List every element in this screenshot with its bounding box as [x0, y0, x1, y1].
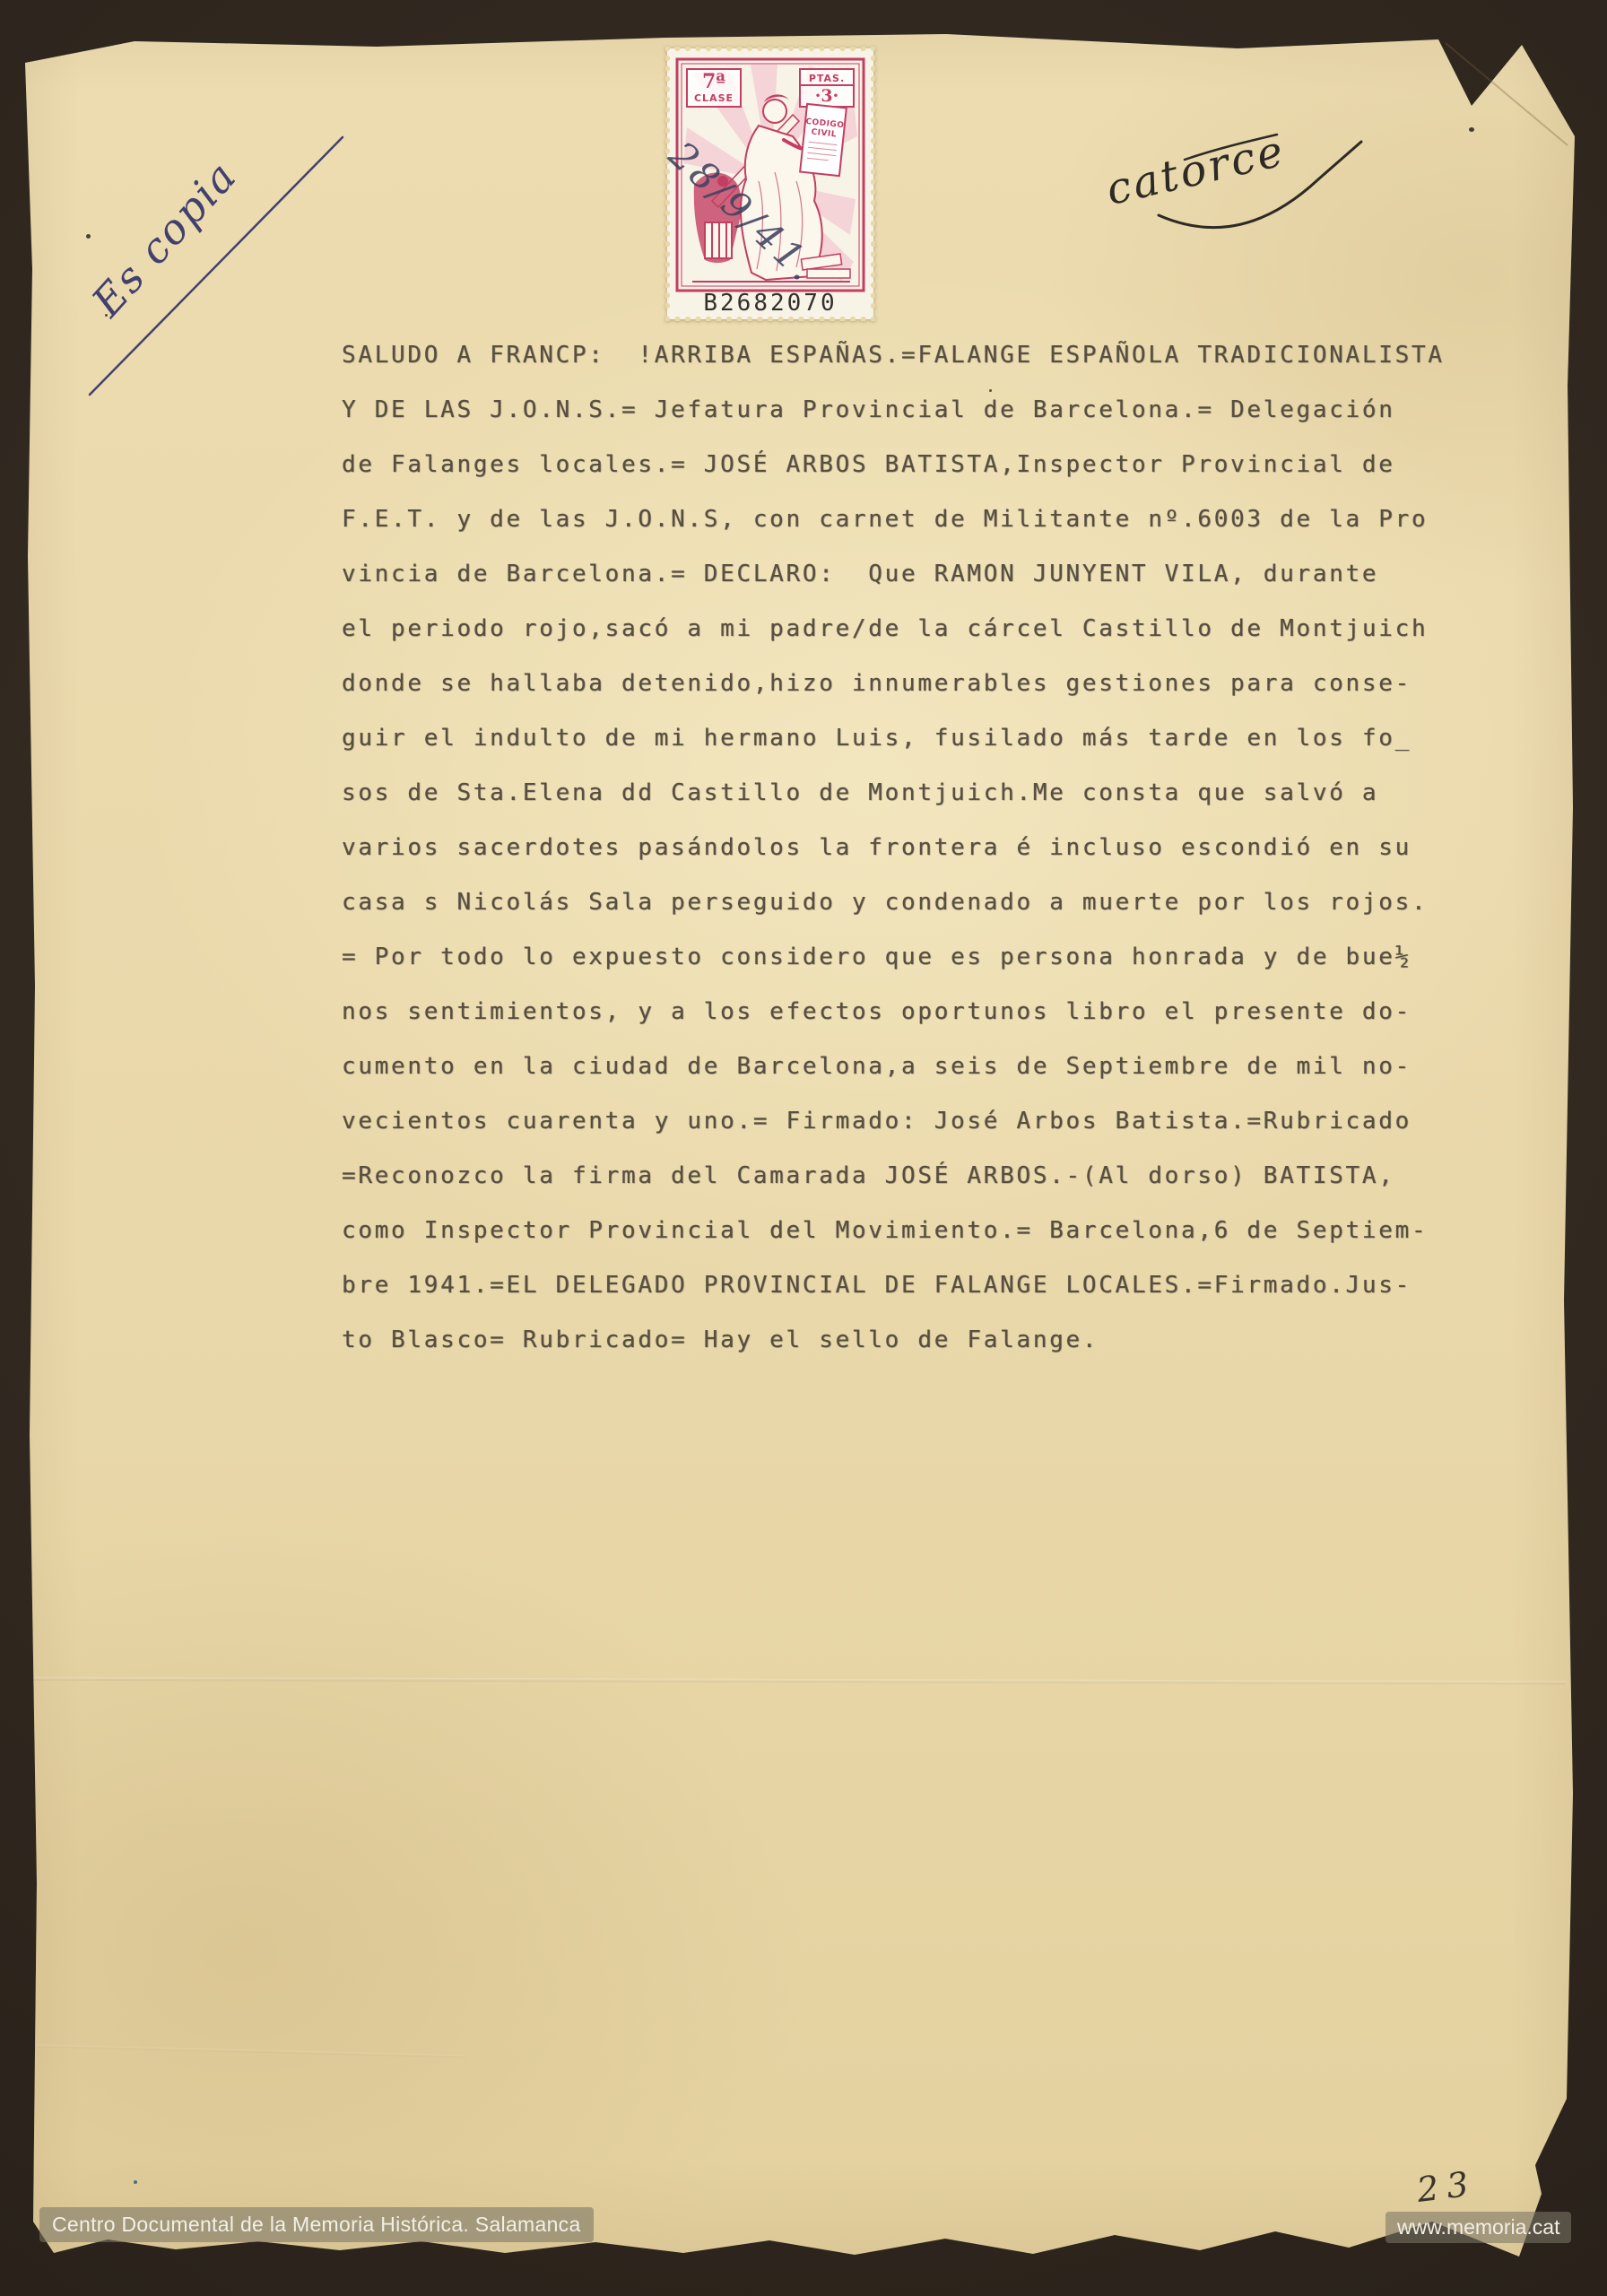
typed-body: SALUDO A FRANCP: !ARRIBA ESPAÑAS.=FALANG…: [342, 328, 1472, 1368]
archive-watermark: Centro Documental de la Memoria Históric…: [39, 2207, 594, 2242]
typed-line: como Inspector Provincial del Movimiento…: [342, 1204, 1472, 1258]
typed-line: cumento en la ciudad de Barcelona,a seis…: [342, 1039, 1472, 1094]
typed-line: = Por todo lo expuesto considero que es …: [342, 930, 1472, 985]
stamp-scroll: CODIGO CIVIL: [800, 104, 847, 176]
typed-line: SALUDO A FRANCP: !ARRIBA ESPAÑAS.=FALANG…: [342, 328, 1472, 383]
typed-line: =Reconozco la firma del Camarada JOSÉ AR…: [342, 1149, 1472, 1204]
typed-line: guir el indulto de mi hermano Luis, fusi…: [342, 711, 1472, 766]
handwritten-page-number: 23: [1415, 2163, 1479, 2210]
typed-line: F.E.T. y de las J.O.N.S, con carnet de M…: [342, 492, 1472, 547]
stamp-class-label: CLASE: [694, 92, 734, 104]
typed-line: donde se hallaba detenido,hizo innumerab…: [342, 657, 1472, 711]
paper-speck: [1469, 127, 1474, 132]
typed-line: nos sentimientos, y a los efectos oportu…: [342, 985, 1472, 1039]
stamp-figure-head: [763, 100, 786, 123]
typed-line: casa s Nicolás Sala perseguido y condena…: [342, 875, 1472, 930]
stamp-currency-label: PTAS.: [809, 73, 845, 84]
typed-line: Y DE LAS J.O.N.S.= Jefatura Provincial d…: [342, 383, 1472, 438]
typed-line: varios sacerdotes pasándolos la frontera…: [342, 821, 1472, 875]
stamp-serial: B2682070: [703, 290, 837, 317]
stamp-class-value: 7ª: [702, 70, 725, 93]
paper-speck: [86, 234, 91, 239]
typed-line: sos de Sta.Elena dd Castillo de Montjuic…: [342, 766, 1472, 821]
typed-line: de Falanges locales.= JOSÉ ARBOS BATISTA…: [342, 438, 1472, 492]
paper-crease: [27, 1677, 1566, 1684]
paper-crease: [0, 2044, 466, 2058]
stamp-denomination: ·3·: [815, 86, 838, 106]
typed-line: vecientos cuarenta y uno.= Firmado: José…: [342, 1094, 1472, 1149]
stamp-class-box: 7ª CLASE: [687, 69, 741, 107]
typed-line: to Blasco= Rubricado= Hay el sello de Fa…: [342, 1313, 1472, 1368]
paper-speck: [134, 2180, 137, 2184]
website-watermark: www.memoria.cat: [1385, 2212, 1571, 2243]
stamp-value-box: PTAS. ·3·: [800, 69, 854, 107]
typed-line: el periodo rojo,sacó a mi padre/de la cá…: [342, 602, 1472, 657]
typed-line: vincia de Barcelona.= DECLARO: Que RAMON…: [342, 547, 1472, 602]
photo-backdrop: 7ª CLASE PTAS. ·3· CODIGO CIVIL: [0, 0, 1607, 2296]
typed-line: bre 1941.=EL DELEGADO PROVINCIAL DE FALA…: [342, 1258, 1472, 1313]
